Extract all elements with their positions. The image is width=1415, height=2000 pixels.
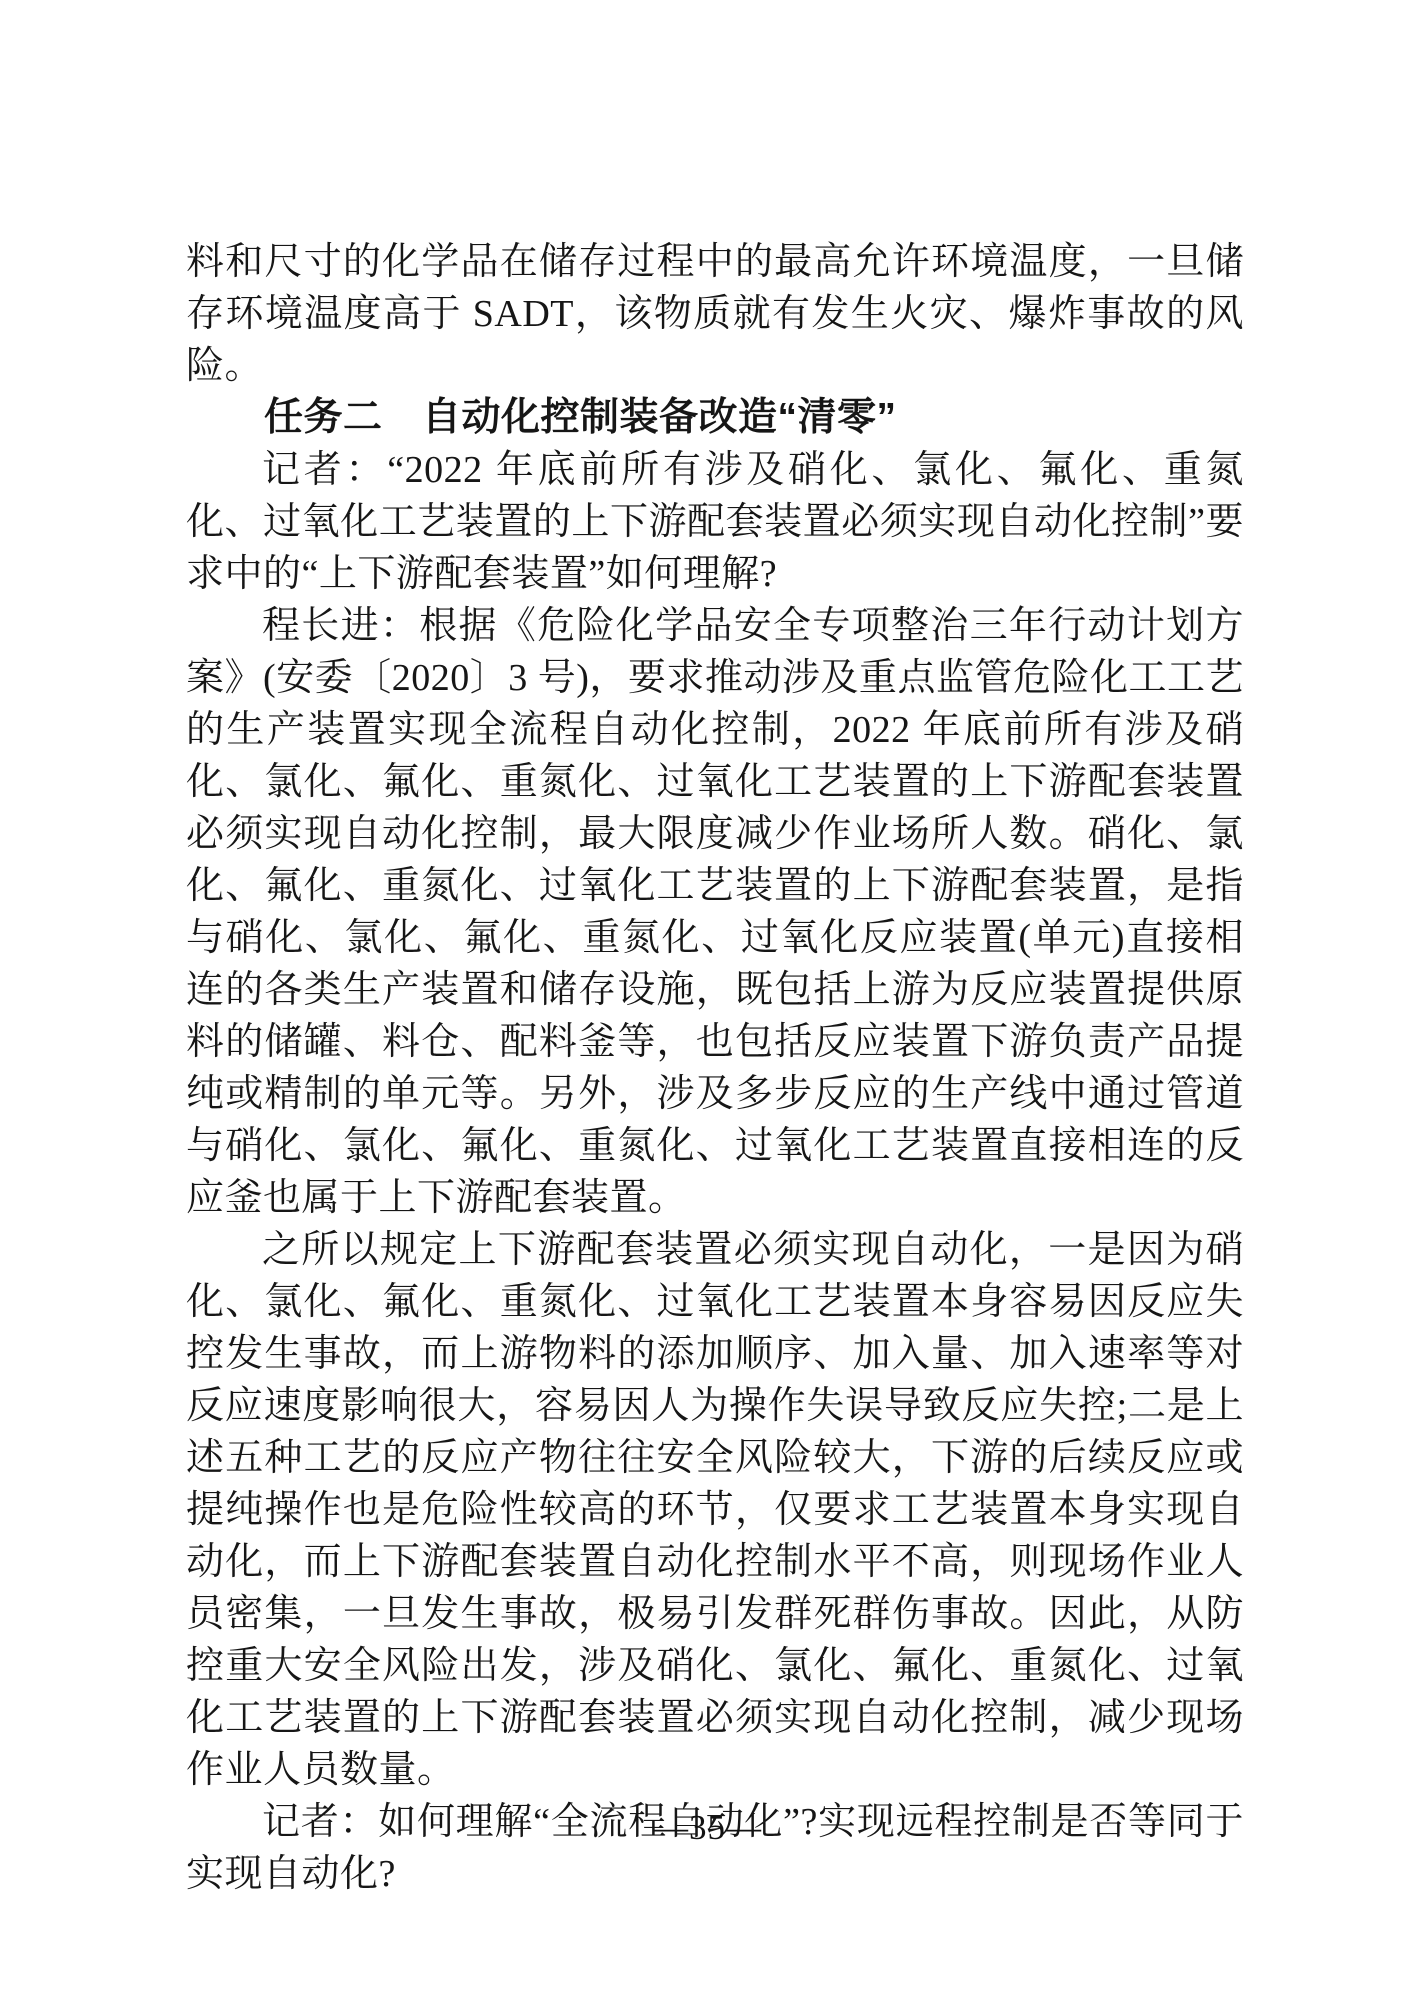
- page-number: —35—: [0, 1806, 1415, 1850]
- paragraph-reporter-question-1: 记者：“2022 年底前所有涉及硝化、氯化、氟化、重氮化、过氧化工艺装置的上下游…: [186, 444, 1244, 600]
- paragraph-sadt-continuation: 料和尺寸的化学品在储存过程中的最高允许环境温度，一旦储存环境温度高于 SADT，…: [186, 236, 1244, 392]
- body-text-column: 料和尺寸的化学品在储存过程中的最高允许环境温度，一旦储存环境温度高于 SADT，…: [186, 236, 1244, 1900]
- section-heading-task-two: 任务二 自动化控制装备改造“清零”: [186, 392, 1244, 444]
- paragraph-answer-upstream-downstream: 程长进：根据《危险化学品安全专项整治三年行动计划方案》(安委〔2020〕3 号)…: [186, 600, 1244, 1224]
- document-page: 料和尺寸的化学品在储存过程中的最高允许环境温度，一旦储存环境温度高于 SADT，…: [0, 0, 1415, 2000]
- paragraph-answer-reasons: 之所以规定上下游配套装置必须实现自动化，一是因为硝化、氯化、氟化、重氮化、过氧化…: [186, 1224, 1244, 1796]
